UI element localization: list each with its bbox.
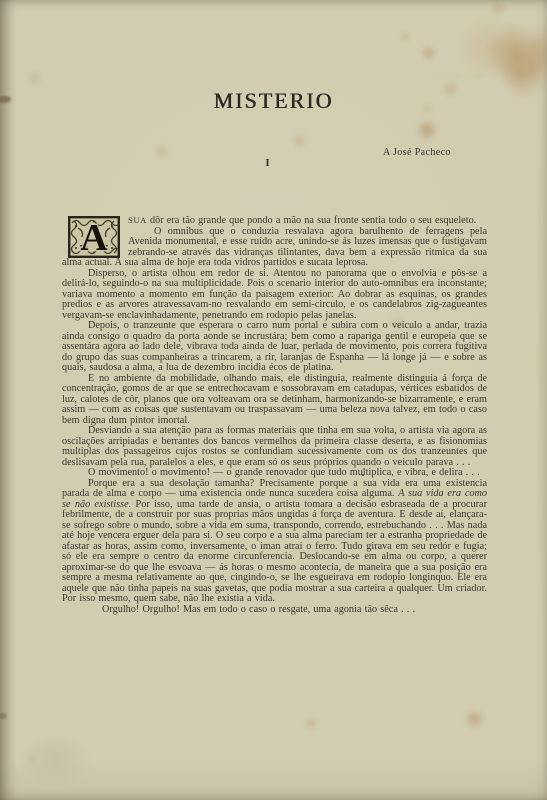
paragraph-text: Por isso, uma tarde de ansia, o artista … (62, 499, 487, 605)
paragraph-text: dôr era tão grande que pondo a mão na su… (150, 215, 476, 226)
scanned-book-page: ···periodico··· MISTERIO A José Pacheco … (0, 0, 547, 800)
opening-small-caps: SUA (128, 215, 147, 225)
foxing-stain (464, 710, 485, 728)
paragraph: O omnibus que o conduzia resvalava agora… (62, 227, 487, 269)
closing-line: Orgulho! Orgulho! Mas em todo o caso o r… (62, 605, 487, 616)
foxing-stain (154, 146, 168, 157)
foxing-stain (528, 14, 547, 98)
paragraph: Disperso, o artista olhou em redor de si… (62, 269, 487, 322)
foxing-stain (420, 46, 437, 60)
paragraph-with-italic: Porque era a sua desolação tamanha? Prec… (62, 479, 487, 605)
foxing-stain (490, 2, 506, 14)
section-numeral: I (0, 157, 541, 169)
paragraph: Depois, o tranzeunte que esperara o carr… (62, 321, 487, 374)
foxing-stain (488, 22, 546, 88)
foxing-stain (400, 32, 411, 41)
dropcap-glyph: A (80, 217, 108, 258)
foxing-stain (292, 135, 307, 147)
page-title: MISTERIO (0, 88, 547, 114)
foxing-stain (26, 72, 43, 85)
dropcap-woodcut-initial: A (68, 216, 120, 258)
foxing-stain (27, 755, 37, 763)
paragraph-opening: SUAdôr era tão grande que pondo a mão na… (62, 215, 487, 227)
foxing-stain (415, 120, 439, 140)
paragraph: Desviando a sua atenção para as formas m… (62, 426, 487, 468)
paragraph: E no ambiente da mobilidade, olhando mai… (62, 374, 487, 427)
body-text: A SUAdôr era tão grande que pondo a mão … (62, 215, 487, 615)
reverse-page-showthrough: ···periodico··· (382, 70, 494, 80)
scan-edge-speck (0, 713, 7, 719)
foxing-stain (305, 718, 317, 728)
